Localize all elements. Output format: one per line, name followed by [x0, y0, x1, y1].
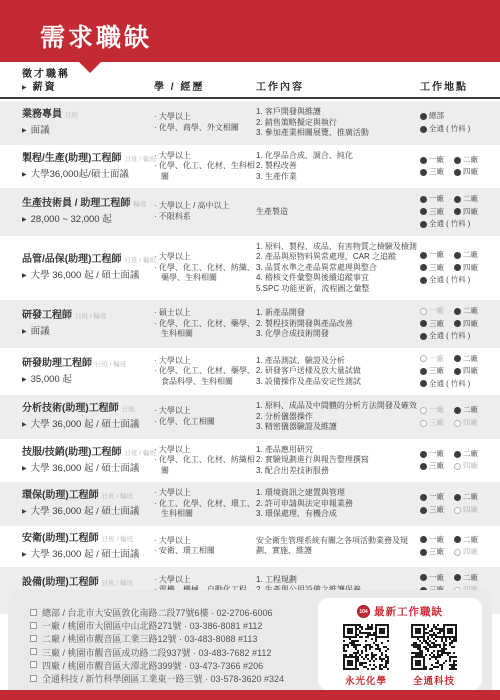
shift-tag: 輪班: [133, 201, 146, 208]
shift-tag: 日班 / 輪班: [75, 313, 106, 320]
education-item: 大學以上: [154, 356, 256, 367]
education-cell: 大學以上化學、商學、外文相關: [154, 112, 256, 133]
job-title: 技服/技銷(助理)工程師日班 / 輪班: [22, 446, 154, 460]
filled-dot-icon: [454, 264, 461, 271]
qr-panel-title-text: 最新工作職缺: [374, 604, 443, 619]
location-label: 三廠: [429, 461, 444, 472]
location-label: 一廠: [429, 250, 444, 261]
duties-cell: 1. 環境資訊之建置與管理2. 許可申請與法定申報業務3. 環保處理、有機合成: [256, 488, 420, 520]
location-label: 一廠: [429, 306, 444, 317]
location-item: 二廠: [454, 194, 488, 205]
education-item: 化學、化工相關: [154, 417, 256, 428]
location-item: 四廠: [454, 461, 488, 472]
filled-dot-icon: [454, 320, 461, 327]
location-item: 三廠: [420, 167, 454, 178]
location-label: 四廠: [463, 547, 478, 558]
filled-dot-icon: [454, 536, 461, 543]
education-item: 大學以上: [154, 252, 256, 263]
location-item: 一廠: [420, 573, 454, 584]
location-label: 一廠: [429, 405, 444, 416]
shift-tag: 日班 / 輪班: [124, 257, 155, 264]
location-item: 總部: [420, 111, 454, 122]
shift-tag: 日班 / 輪班: [124, 450, 155, 457]
location-label: 四廠: [463, 319, 478, 330]
footer-panel: 總部 / 台北市大安區敦化南路二段77號6樓 · 02-2706-6006一廠 …: [8, 590, 492, 700]
education-item: 不限科系: [154, 212, 256, 223]
table-row: 研發助理工程師日班 / 輪班 35,000 起 大學以上化學、化工、化材、藥學、…: [0, 348, 500, 396]
education-item: 化工、化學、化材、環工、生科相關: [154, 499, 256, 520]
filled-dot-icon: [454, 451, 461, 458]
duty-item: 1. 新產品開發: [256, 308, 420, 319]
duties-cell: 1. 原料、製程、成品、有害物質之檢驗及檢測2. 產品與原物料異常處理，CAR …: [256, 242, 420, 295]
education-cell: 大學以上化學、化工、化材、藥學、食品科學、生科相關: [154, 356, 256, 388]
education-cell: 大學以上化學、化工、化材、紡織、藥學、生科相關: [154, 252, 256, 284]
duty-item: 2. 製程改善: [256, 161, 420, 172]
location-label: 一廠: [429, 354, 444, 365]
location-label: 一廠: [429, 535, 444, 546]
job-title: 分析技術(助理)工程師日班: [22, 402, 154, 416]
table-row: 安衛(助理)工程師日班 / 輪班 大學 36,000 起 / 碩士面議 大學以上…: [0, 526, 500, 567]
location-item: 二廠: [454, 155, 488, 166]
banner-notch-triangle: [79, 62, 101, 73]
qr-code-everlight: [343, 624, 389, 670]
location-item: 二廠: [454, 354, 488, 365]
education-cell: 碩士以上化學、化工、化材、藥學、生科相關: [154, 308, 256, 340]
salary-text: 大學36,000起/碩士面議: [22, 169, 154, 181]
job-title-cell: 品管/品保(助理)工程師日班 / 輪班 大學 36,000 起 / 碩士面議: [22, 253, 154, 282]
header-salary-label: 薪資: [22, 83, 154, 94]
location-item: 一廠: [420, 405, 454, 416]
filled-dot-icon: [420, 277, 427, 284]
filled-dot-icon: [420, 494, 427, 501]
location-item: 三廠: [420, 366, 454, 377]
location-item: 三廠: [420, 505, 454, 516]
job-title: 製程/生產(助理)工程師日班 / 輪班: [22, 152, 154, 166]
duty-item: 3. 化學合成技術開發: [256, 329, 420, 340]
table-row: 環保(助理)工程師日班 / 輪班 大學 36,000 起 / 碩士面議 大學以上…: [0, 482, 500, 526]
education-item: 大學以上: [154, 112, 256, 123]
education-item: 大學以上: [154, 445, 256, 456]
education-item: 化學、商學、外文相關: [154, 123, 256, 134]
qr-panel: 104 最新工作職缺 永光化學 全通科技: [318, 598, 482, 690]
table-row: 生產技術員 / 助理工程師輪班 28,000 ~ 32,000 起 大學以上 /…: [0, 188, 500, 236]
hollow-dot-icon: [420, 407, 427, 414]
shift-tag: 日班 / 輪班: [102, 493, 133, 500]
education-item: 化學、化工、化材、藥學、食品科學、生科相關: [154, 366, 256, 387]
filled-dot-icon: [454, 368, 461, 375]
location-item: 四廠: [454, 167, 488, 178]
filled-dot-icon: [454, 494, 461, 501]
location-label: 一廠: [429, 492, 444, 503]
filled-dot-icon: [420, 574, 427, 581]
table-header-row: 徵才職稱 薪資 學 / 經歷 工作內容 工作地點: [0, 62, 500, 99]
qr-label-trend-tone: 全通科技: [411, 673, 457, 687]
shift-tag: 日班 / 輪班: [124, 156, 155, 163]
location-label: 一廠: [429, 155, 444, 166]
education-item: 大學以上: [154, 575, 256, 586]
salary-text: 面議: [22, 125, 154, 137]
duty-item: 1. 客戶開發與維護: [256, 107, 420, 118]
filled-dot-icon: [420, 252, 427, 259]
shift-tag: 日班 / 輪班: [102, 536, 133, 543]
education-cell: 大學以上化學、化工、化材、紡織相關: [154, 445, 256, 477]
filled-dot-icon: [420, 126, 427, 133]
location-cell: 一廠二廠三廠四廠: [420, 535, 488, 558]
location-label: 二廠: [463, 155, 478, 166]
header-banner: 需求職缺: [0, 0, 500, 62]
education-item: 安衛、環工相關: [154, 546, 256, 557]
location-item: 四廠: [454, 263, 488, 274]
salary-text: 28,000 ~ 32,000 起: [22, 214, 154, 226]
filled-dot-icon: [420, 463, 427, 470]
location-item: 四廠: [454, 207, 488, 218]
filled-dot-icon: [420, 157, 427, 164]
job-title-cell: 研發工程師日班 / 輪班 面議: [22, 309, 154, 338]
location-label: 三廠: [429, 418, 444, 429]
table-row: 製程/生產(助理)工程師日班 / 輪班 大學36,000起/碩士面議 大學以上化…: [0, 145, 500, 189]
education-cell: 大學以上 / 高中以上不限科系: [154, 201, 256, 222]
location-item: 全通 ( 竹科 ): [420, 219, 488, 230]
duty-item: 1. 環境資訊之建置與管理: [256, 488, 420, 499]
job-title: 設備(助理)工程師日班 / 輪班: [22, 576, 154, 590]
salary-text: 面議: [22, 326, 154, 338]
shift-tag: 日班 / 輪班: [95, 361, 126, 368]
salary-text: 大學 36,000 起 / 碩士面議: [22, 463, 154, 475]
table-row: 品管/品保(助理)工程師日班 / 輪班 大學 36,000 起 / 碩士面議 大…: [0, 236, 500, 301]
filled-dot-icon: [454, 208, 461, 215]
location-item: 一廠: [420, 250, 454, 261]
education-item: 化學、化工、化材、藥學、生科相關: [154, 319, 256, 340]
filled-dot-icon: [420, 196, 427, 203]
location-label: 全通 ( 竹科 ): [429, 275, 470, 286]
filled-dot-icon: [420, 264, 427, 271]
location-label: 三廠: [429, 505, 444, 516]
job-title-cell: 生產技術員 / 助理工程師輪班 28,000 ~ 32,000 起: [22, 197, 154, 226]
location-cell: 一廠二廠三廠四廠全通 ( 竹科 ): [420, 354, 488, 390]
filled-dot-icon: [454, 355, 461, 362]
location-item: 三廠: [420, 263, 454, 274]
location-label: 一廠: [429, 449, 444, 460]
location-cell: 一廠二廠三廠四廠全通 ( 竹科 ): [420, 306, 488, 342]
job-title: 研發工程師日班 / 輪班: [22, 309, 154, 323]
duty-item: 1. 原料、製程、成品、有害物質之檢驗及檢測: [256, 242, 420, 253]
job-title-cell: 研發助理工程師日班 / 輪班 35,000 起: [22, 357, 154, 386]
qr-label-everlight: 永光化學: [343, 673, 389, 687]
location-cell: 一廠二廠三廠四廠: [420, 492, 488, 515]
education-cell: 大學以上化學、化工、化材、生科相關: [154, 151, 256, 183]
qr-code-trend-tone: [411, 624, 457, 670]
location-cell: 總部全通 ( 竹科 ): [420, 111, 488, 134]
duty-item: 2. 研發客戶送樣及放大量試做: [256, 366, 420, 377]
location-label: 三廠: [429, 366, 444, 377]
education-item: 大學以上: [154, 406, 256, 417]
location-label: 全通 ( 竹科 ): [429, 379, 470, 390]
location-item: 全通 ( 竹科 ): [420, 124, 488, 135]
education-item: 化學、化工、化材、紡織相關: [154, 455, 256, 476]
shift-tag: 日班: [65, 112, 78, 119]
shift-tag: 日班 / 輪班: [102, 580, 133, 587]
location-item: 二廠: [454, 573, 488, 584]
column-header-job-title: 徵才職稱 薪資: [22, 70, 154, 93]
location-label: 二廠: [463, 306, 478, 317]
location-label: 二廠: [463, 573, 478, 584]
job-title: 生產技術員 / 助理工程師輪班: [22, 197, 154, 211]
location-label: 二廠: [463, 250, 478, 261]
duties-cell: 1. 產品應用研究2. 實驗規劃進行與報告整理撰寫3. 配合出差技術服務: [256, 445, 420, 477]
location-item: 全通 ( 竹科 ): [420, 379, 488, 390]
duties-cell: 1. 原料、成品及中間體的分析方法開發及確效2. 分析儀器操作3. 精密儀器驗證…: [256, 401, 420, 433]
duty-item: 3. 環保處理、有機合成: [256, 509, 420, 520]
location-label: 二廠: [463, 492, 478, 503]
hollow-dot-icon: [454, 549, 461, 556]
duty-item: 3. 品質水準之產品異常處理與整合: [256, 263, 420, 274]
location-label: 二廠: [463, 449, 478, 460]
location-item: 三廠: [420, 461, 454, 472]
education-item: 大學以上: [154, 488, 256, 499]
education-item: 化學、化工、化材、生科相關: [154, 161, 256, 182]
education-item: 大學以上: [154, 536, 256, 547]
column-header-location: 工作地點: [420, 83, 488, 94]
filled-dot-icon: [420, 113, 427, 120]
location-label: 總部: [429, 111, 444, 122]
location-label: 四廠: [463, 505, 478, 516]
job-title: 業務專員日班: [22, 108, 154, 122]
education-cell: 大學以上化學、化工相關: [154, 406, 256, 427]
hollow-dot-icon: [420, 355, 427, 362]
table-row: 技服/技銷(助理)工程師日班 / 輪班 大學 36,000 起 / 碩士面議 大…: [0, 439, 500, 483]
salary-text: 大學 36,000 起 / 碩士面議: [22, 506, 154, 518]
hollow-dot-icon: [454, 507, 461, 514]
location-label: 四廠: [463, 418, 478, 429]
job-title-cell: 技服/技銷(助理)工程師日班 / 輪班 大學 36,000 起 / 碩士面議: [22, 446, 154, 475]
location-label: 二廠: [463, 354, 478, 365]
hollow-dot-icon: [420, 308, 427, 315]
location-item: 一廠: [420, 535, 454, 546]
filled-dot-icon: [420, 221, 427, 228]
duty-item: 1. 工程規劃: [256, 575, 420, 586]
qr-unit-trend-tone: 全通科技: [411, 624, 457, 687]
location-cell: 一廠二廠三廠四廠: [420, 405, 488, 428]
duty-item: 2. 實驗規劃進行與報告整理撰寫: [256, 455, 420, 466]
location-label: 三廠: [429, 319, 444, 330]
duty-item: 3. 參加產業相關展覽、推廣活動: [256, 128, 420, 139]
location-label: 二廠: [463, 194, 478, 205]
location-item: 二廠: [454, 449, 488, 460]
location-item: 二廠: [454, 405, 488, 416]
location-cell: 一廠二廠三廠四廠全通 ( 竹科 ): [420, 194, 488, 230]
education-item: 碩士以上: [154, 308, 256, 319]
duty-item: 2. 許可申請與法定申報業務: [256, 499, 420, 510]
duties-cell: 1. 客戶開發與維護2. 銷售策略擬定與執行3. 參加產業相關展覽、推廣活動: [256, 107, 420, 139]
column-header-education: 學 / 經歷: [154, 83, 256, 94]
location-label: 三廠: [429, 207, 444, 218]
job-title-cell: 環保(助理)工程師日班 / 輪班 大學 36,000 起 / 碩士面議: [22, 489, 154, 518]
duty-item: 3. 配合出差技術服務: [256, 466, 420, 477]
duties-cell: 安全衛生管理系統有關之各項活動業務及規劃、實施、維護: [256, 536, 420, 557]
filled-dot-icon: [420, 536, 427, 543]
filled-dot-icon: [420, 320, 427, 327]
table-row: 業務專員日班 面議 大學以上化學、商學、外文相關 1. 客戶開發與維護2. 銷售…: [0, 101, 500, 145]
location-item: 三廠: [420, 547, 454, 558]
location-label: 二廠: [463, 535, 478, 546]
duty-item: 1. 化學品合成、調合、純化: [256, 151, 420, 162]
education-item: 大學以上: [154, 151, 256, 162]
location-item: 一廠: [420, 306, 454, 317]
location-label: 四廠: [463, 207, 478, 218]
filled-dot-icon: [454, 157, 461, 164]
duty-item: 1. 產品應用研究: [256, 445, 420, 456]
filled-dot-icon: [420, 333, 427, 340]
bottom-red-bar: [0, 690, 500, 700]
salary-text: 35,000 起: [22, 374, 154, 386]
education-cell: 大學以上安衛、環工相關: [154, 536, 256, 557]
duty-item: 2. 分析儀器操作: [256, 412, 420, 423]
duty-item: 1. 原料、成品及中間體的分析方法開發及確效: [256, 401, 420, 412]
education-item: 大學以上 / 高中以上: [154, 201, 256, 212]
salary-text: 大學 36,000 起 / 碩士面議: [22, 270, 154, 282]
location-label: 四廠: [463, 167, 478, 178]
location-item: 三廠: [420, 418, 454, 429]
job-title-cell: 分析技術(助理)工程師日班 大學 36,000 起 / 碩士面議: [22, 402, 154, 431]
duty-item: 3. 精密儀器驗證及維護: [256, 422, 420, 433]
duties-cell: 生產製造: [256, 207, 420, 218]
duties-cell: 1. 新產品開發2. 製程技術開發與產品改善3. 化學合成技術開發: [256, 308, 420, 340]
duty-item: 生產製造: [256, 207, 420, 218]
shift-tag: 日班: [122, 406, 135, 413]
location-label: 全通 ( 竹科 ): [429, 219, 470, 230]
page-title: 需求職缺: [0, 0, 500, 51]
table-row: 分析技術(助理)工程師日班 大學 36,000 起 / 碩士面議 大學以上化學、…: [0, 395, 500, 439]
duty-item: 安全衛生管理系統有關之各項活動業務及規劃、實施、維護: [256, 536, 420, 557]
job-title-cell: 製程/生產(助理)工程師日班 / 輪班 大學36,000起/碩士面議: [22, 152, 154, 181]
duty-item: 3. 生產作業: [256, 172, 420, 183]
location-item: 一廠: [420, 194, 454, 205]
filled-dot-icon: [420, 208, 427, 215]
duty-item: 1. 產品測試、驗證及分析: [256, 356, 420, 367]
location-item: 一廠: [420, 354, 454, 365]
salary-text: 大學 36,000 起 / 碩士面議: [22, 419, 154, 431]
location-label: 四廠: [463, 461, 478, 472]
filled-dot-icon: [420, 368, 427, 375]
filled-dot-icon: [420, 451, 427, 458]
location-item: 全通 ( 竹科 ): [420, 275, 488, 286]
location-item: 二廠: [454, 250, 488, 261]
location-item: 四廠: [454, 319, 488, 330]
location-cell: 一廠二廠三廠四廠全通 ( 竹科 ): [420, 250, 488, 286]
education-item: 化學、化工、化材、紡織、藥學、生科相關: [154, 263, 256, 284]
job-title: 品管/品保(助理)工程師日班 / 輪班: [22, 253, 154, 267]
filled-dot-icon: [454, 196, 461, 203]
location-item: 三廠: [420, 319, 454, 330]
location-item: 四廠: [454, 366, 488, 377]
location-item: 二廠: [454, 306, 488, 317]
duties-cell: 1. 產品測試、驗證及分析2. 研發客戶送樣及放大量試做3. 設備操作及產品安定…: [256, 356, 420, 388]
filled-dot-icon: [454, 308, 461, 315]
location-label: 三廠: [429, 167, 444, 178]
filled-dot-icon: [420, 507, 427, 514]
salary-text: 大學 36,000 起 / 碩士面議: [22, 549, 154, 561]
job-title-cell: 安衛(助理)工程師日班 / 輪班 大學 36,000 起 / 碩士面議: [22, 532, 154, 561]
location-label: 二廠: [463, 405, 478, 416]
location-item: 二廠: [454, 535, 488, 546]
location-item: 四廠: [454, 547, 488, 558]
104-logo-icon: 104: [357, 605, 370, 618]
education-cell: 大學以上化工、化學、化材、環工、生科相關: [154, 488, 256, 520]
hollow-dot-icon: [454, 420, 461, 427]
job-title: 研發助理工程師日班 / 輪班: [22, 357, 154, 371]
duty-item: 5.SPC 功能更新，流程圖之彙整: [256, 284, 420, 295]
location-item: 三廠: [420, 207, 454, 218]
filled-dot-icon: [420, 549, 427, 556]
filled-dot-icon: [454, 407, 461, 414]
duty-item: 4. 稽核文件彙整與後續追蹤事宜: [256, 273, 420, 284]
location-label: 三廠: [429, 547, 444, 558]
location-cell: 一廠二廠三廠四廠: [420, 155, 488, 178]
location-label: 四廠: [463, 263, 478, 274]
qr-panel-title: 104 最新工作職缺: [318, 604, 482, 619]
duty-item: 2. 製程技術開發與產品改善: [256, 319, 420, 330]
location-label: 一廠: [429, 194, 444, 205]
location-item: 一廠: [420, 155, 454, 166]
filled-dot-icon: [454, 574, 461, 581]
location-label: 一廠: [429, 573, 444, 584]
location-label: 三廠: [429, 263, 444, 274]
filled-dot-icon: [454, 252, 461, 259]
filled-dot-icon: [454, 169, 461, 176]
location-label: 全通 ( 竹科 ): [429, 124, 470, 135]
location-item: 一廠: [420, 449, 454, 460]
table-row: 研發工程師日班 / 輪班 面議 碩士以上化學、化工、化材、藥學、生科相關 1. …: [0, 300, 500, 348]
location-label: 全通 ( 竹科 ): [429, 331, 470, 342]
location-cell: 一廠二廠三廠四廠: [420, 449, 488, 472]
location-item: 四廠: [454, 418, 488, 429]
hollow-dot-icon: [454, 463, 461, 470]
job-table: 業務專員日班 面議 大學以上化學、商學、外文相關 1. 客戶開發與維護2. 銷售…: [0, 101, 500, 655]
qr-unit-everlight: 永光化學: [343, 624, 389, 687]
location-item: 一廠: [420, 492, 454, 503]
location-item: 四廠: [454, 505, 488, 516]
location-item: 全通 ( 竹科 ): [420, 331, 488, 342]
job-title-cell: 業務專員日班 面議: [22, 108, 154, 137]
filled-dot-icon: [420, 169, 427, 176]
location-item: 二廠: [454, 492, 488, 503]
duty-item: 2. 產品與原物料異常處理，CAR 之追蹤: [256, 252, 420, 263]
hollow-dot-icon: [420, 420, 427, 427]
duties-cell: 1. 化學品合成、調合、純化2. 製程改善3. 生產作業: [256, 151, 420, 183]
filled-dot-icon: [420, 380, 427, 387]
duty-item: 2. 銷售策略擬定與執行: [256, 118, 420, 129]
job-title: 安衛(助理)工程師日班 / 輪班: [22, 532, 154, 546]
location-label: 四廠: [463, 366, 478, 377]
column-header-duties: 工作內容: [256, 83, 420, 94]
duty-item: 3. 設備操作及產品安定性測試: [256, 377, 420, 388]
job-title: 環保(助理)工程師日班 / 輪班: [22, 489, 154, 503]
